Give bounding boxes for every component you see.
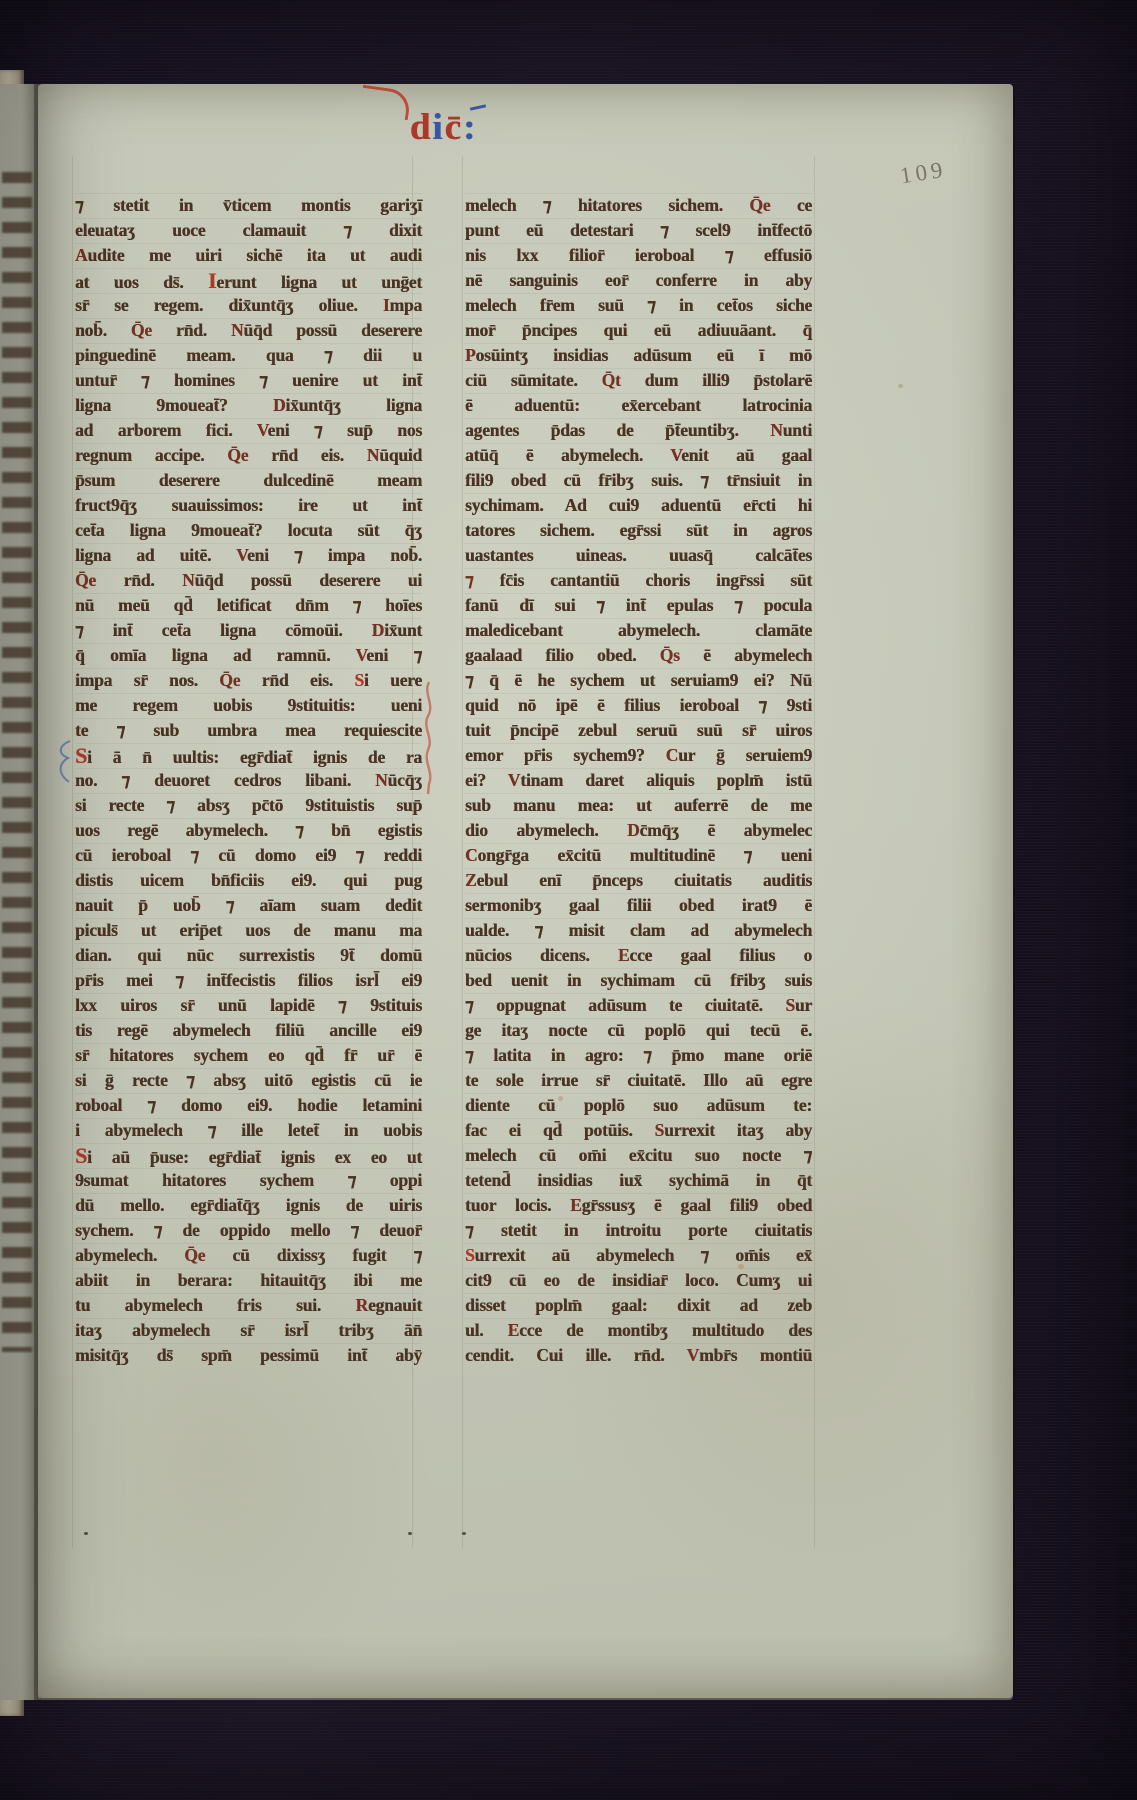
text-line: Zebul enī p̄nceps ciuitatis auditis	[465, 868, 812, 893]
text-segment: mbr̄s montiū	[699, 1345, 812, 1365]
text-line: me regem uobis 9stituitis: ueni	[75, 693, 422, 718]
manuscript-photo: dic̄: 109 ⁊ stetit in v̄ticem montis gar…	[0, 0, 1137, 1800]
text-line: nis lxx filior̄ ieroboal ⁊ effusiō	[465, 243, 812, 268]
text-segment: i abymelech ⁊ ille letet̄ in uobis	[75, 1120, 422, 1140]
text-segment: pinguedinē meam. qua ⁊ dii u	[75, 345, 422, 365]
text-line: pinguedinē meam. qua ⁊ dii u	[75, 343, 422, 368]
text-segment: diente cū poplō suo adūsum te:	[465, 1095, 812, 1115]
text-line: ei? Vtinam daret aliquis poplm̄ istū	[465, 768, 812, 793]
text-segment: gr̄ssusʒ ē gaal fili9 obed	[582, 1195, 812, 1215]
text-line: nob̄. Q̄e rn̄d. Nūq̄d possū deserere	[75, 318, 422, 343]
text-segment: cū dixissʒ fugit ⁊	[205, 1245, 422, 1265]
text-segment: si ḡ recte ⁊ absʒ uitō egistis cū ie	[75, 1070, 422, 1090]
text-segment: quid nō ipē ē filius ieroboal ⁊ 9sti	[465, 695, 812, 715]
text-segment: melech cū om̄i ex̄citu suo nocte ⁊	[465, 1145, 812, 1165]
text-segment: eni ⁊	[366, 645, 422, 665]
text-segment: E	[618, 945, 629, 965]
text-line: Q̄e rn̄d. Nūq̄d possū deserere ui	[75, 568, 422, 593]
text-line: tis regē abymelech filiū ancille ei9	[75, 1018, 422, 1043]
text-segment: agentes p̄das de p̄t̄euntibʒ.	[465, 420, 770, 440]
text-segment: eleuataʒ uoce clamauit ⁊ dixit	[75, 220, 422, 240]
text-segment: tuit p̄ncipē zebul seruū suū sr̄ uiros	[465, 720, 812, 740]
text-segment: maledicebant abymelech. clamāte	[465, 620, 812, 640]
text-line: nūcios dicens. Ecce gaal filius o	[465, 943, 812, 968]
text-segment: A	[75, 245, 87, 265]
ruling-line	[814, 156, 815, 1548]
text-segment: nū meū qd̄ letificat dn̄m ⁊ hoīes	[75, 595, 422, 615]
text-segment: ūquid	[379, 445, 422, 465]
text-line: fruct9q̄ʒ suauissimos: ire ut int̄	[75, 493, 422, 518]
text-line: atūq̄ ē abymelech. Venit aū gaal	[465, 443, 812, 468]
text-line: dū mello. egr̄diat̄q̄ʒ ignis de uiris	[75, 1193, 422, 1218]
text-line: uos regē abymelech. ⁊ bn̄ egistis	[75, 818, 422, 843]
text-line: sychimam. Ad cui9 aduentū er̄cti hi	[465, 493, 812, 518]
text-segment: at uos ds̄.	[75, 272, 208, 292]
running-title-letter: d	[410, 108, 432, 148]
text-line: ad arborem fici. Veni ⁊ sup̄ nos	[75, 418, 422, 443]
text-line: sr̄ hitatores sychem eo qd̄ fr̄ ur̄ ē	[75, 1043, 422, 1068]
text-segment: mor̄ p̄ncipes qui eū adiuuāant. q̄	[465, 320, 812, 340]
text-segment: Q̄e	[184, 1245, 205, 1265]
text-line: Si ā n̄ uultis: egr̄diat̄ ignis de ra	[75, 743, 422, 768]
text-segment: tu abymelech fris sui.	[75, 1295, 356, 1315]
text-line: ⁊ int̄ cet̄a ligna cōmoūi. Dix̄unt	[75, 618, 422, 643]
text-segment: ur	[795, 995, 812, 1015]
text-segment: lxx uiros sr̄ unū lapidē ⁊ 9stituis	[75, 995, 422, 1015]
text-segment: ⁊ oppugnat adūsum te ciuitatē.	[465, 995, 785, 1015]
text-segment: sychem. ⁊ de oppido mello ⁊ deuor̄	[75, 1220, 422, 1240]
text-line: bed uenit in sychimam cū fr̄ibʒ suis	[465, 968, 812, 993]
text-line: dian. qui nūc surrexistis 9t̄ domū	[75, 943, 422, 968]
text-segment: V	[687, 1345, 699, 1365]
text-line: cū ieroboal ⁊ cū domo ei9 ⁊ reddi	[75, 843, 422, 868]
text-segment: tatores sichem. egr̄ssi sūt in agros	[465, 520, 812, 540]
text-segment: emor pr̄is sychem9?	[465, 745, 666, 765]
text-segment: dū mello. egr̄diat̄q̄ʒ ignis de uiris	[75, 1195, 422, 1215]
text-line: uastantes uineas. uuasq̄ calcāt̄es	[465, 543, 812, 568]
text-segment: uastantes uineas. uuasq̄ calcāt̄es	[465, 545, 812, 565]
text-segment: melech ⁊ hitatores sichem.	[465, 195, 749, 215]
text-line: agentes p̄das de p̄t̄euntibʒ. Nunti	[465, 418, 812, 443]
text-segment: S	[785, 995, 795, 1015]
text-segment: Q̄e	[131, 320, 152, 340]
text-segment: egnauit	[368, 1295, 422, 1315]
text-segment: ur ḡ seruiem9	[678, 745, 812, 765]
stain	[898, 384, 903, 388]
text-line: 9sumat hitatores sychem ⁊ oppi	[75, 1168, 422, 1193]
text-line: at uos ds̄. Ierunt ligna ut unḡet	[75, 268, 422, 293]
text-segment: sr̄ hitatores sychem eo qd̄ fr̄ ur̄ ē	[75, 1045, 422, 1065]
text-segment: cit9 cū eo de insidiar̄ loco. Cumʒ ui	[465, 1270, 812, 1290]
text-line: maledicebant abymelech. clamāte	[465, 618, 812, 643]
text-line: misitq̄ʒ ds̄ spm̄ pessimū int̄ abȳ	[75, 1343, 422, 1368]
text-segment: unti	[783, 420, 812, 440]
parchment-leaf: dic̄: 109 ⁊ stetit in v̄ticem montis gar…	[38, 84, 1013, 1698]
text-segment: S	[75, 1143, 87, 1168]
ruling-line	[72, 156, 73, 1548]
text-line: disset poplm̄ gaal: dixit ad zeb	[465, 1293, 812, 1318]
text-line: untur̄ ⁊ homines ⁊ uenire ut int̄	[75, 368, 422, 393]
text-line: ⁊ stetit in v̄ticem montis gariʒī	[75, 193, 422, 218]
text-segment: abymelech.	[75, 1245, 184, 1265]
text-line: lxx uiros sr̄ unū lapidē ⁊ 9stituis	[75, 993, 422, 1018]
text-line: nū meū qd̄ letificat dn̄m ⁊ hoīes	[75, 593, 422, 618]
text-line: impa sr̄ nos. Q̄e rn̄d eis. Si uere	[75, 668, 422, 693]
running-title-letter: :	[463, 108, 476, 148]
text-line: nauit p̄ uob̄ ⁊ aīam suam dedit	[75, 893, 422, 918]
text-line: mor̄ p̄ncipes qui eū adiuuāant. q̄	[465, 318, 812, 343]
text-segment: ciū sūmitate.	[465, 370, 602, 390]
text-segment: Q̄t	[602, 370, 621, 390]
text-line: tu abymelech fris sui. Regnauit	[75, 1293, 422, 1318]
text-segment: ge itaʒ nocte cū poplō qui tecū ē.	[465, 1020, 812, 1040]
text-segment: itaʒ abymelech sr̄ isrl̄ tribʒ ān̄	[75, 1320, 422, 1340]
text-segment: ē aduentū: ex̄ercebant latrocinia	[465, 395, 812, 415]
text-segment: mpa	[390, 295, 422, 315]
text-line: ⁊ oppugnat adūsum te ciuitatē. Sur	[465, 993, 812, 1018]
text-segment: Q̄e	[75, 570, 96, 590]
text-segment: nauit p̄ uob̄ ⁊ aīam suam dedit	[75, 895, 422, 915]
text-line: fac ei qd̄ potūis. Surrexit itaʒ aby	[465, 1118, 812, 1143]
text-line: te ⁊ sub umbra mea requiescite	[75, 718, 422, 743]
text-segment: Q̄e	[749, 195, 770, 215]
text-line: distis uicem bn̄ficiis ei9. qui pug	[75, 868, 422, 893]
text-segment: roboal ⁊ domo ei9. hodie letamini	[75, 1095, 422, 1115]
text-segment: untur̄ ⁊ homines ⁊ uenire ut int̄	[75, 370, 422, 390]
facing-page-text-edge	[2, 172, 32, 1352]
text-segment: ligna ad uitē.	[75, 545, 236, 565]
text-line: punt eū detestari ⁊ scel9 int̄fectō	[465, 218, 812, 243]
text-segment: rn̄d eis.	[248, 445, 366, 465]
text-segment: tinam daret aliquis poplm̄ istū	[520, 770, 812, 790]
ink-dot	[84, 1532, 88, 1535]
text-segment: Q̄e	[227, 445, 248, 465]
text-segment: nē sanguinis eor̄ conferre in aby	[465, 270, 812, 290]
text-line: tuor locis. Egr̄ssusʒ ē gaal fili9 obed	[465, 1193, 812, 1218]
text-line: abiit in berara: hitauitq̄ʒ ibi me	[75, 1268, 422, 1293]
ink-dot	[408, 1532, 412, 1535]
text-segment: q̄ omīa ligna ad ramnū.	[75, 645, 355, 665]
text-segment: ebul enī p̄nceps ciuitatis auditis	[476, 870, 812, 890]
text-line: abymelech. Q̄e cū dixissʒ fugit ⁊	[75, 1243, 422, 1268]
text-segment: S	[354, 670, 364, 690]
text-segment: tuor locis.	[465, 1195, 570, 1215]
text-segment: sub manu mea: ut auferrē de me	[465, 795, 812, 815]
text-segment: distis uicem bn̄ficiis ei9. qui pug	[75, 870, 422, 890]
text-segment: uos regē abymelech. ⁊ bn̄ egistis	[75, 820, 422, 840]
folio-number: 109	[898, 157, 948, 190]
text-line: eleuataʒ uoce clamauit ⁊ dixit	[75, 218, 422, 243]
text-segment: R	[356, 1295, 368, 1315]
text-segment: N	[231, 320, 243, 340]
text-segment: rn̄d eis.	[240, 670, 354, 690]
text-line: sermonibʒ gaal filii obed irat9 ē	[465, 893, 812, 918]
text-segment: fili9 obed cū fr̄ibʒ suis. ⁊ tr̄nsiuit i…	[465, 470, 812, 490]
text-segment: ūcq̄ʒ	[388, 770, 422, 790]
text-segment: N	[375, 770, 387, 790]
text-line: cet̄a ligna 9moueat̄? locuta sūt q̄ʒ	[75, 518, 422, 543]
text-line: cendit. Cui ille. rn̄d. Vmbr̄s montiū	[465, 1343, 812, 1368]
text-segment: Z	[465, 870, 476, 890]
text-segment: bed uenit in sychimam cū fr̄ibʒ suis	[465, 970, 812, 990]
text-line: diente cū poplō suo adūsum te:	[465, 1093, 812, 1118]
text-line: itaʒ abymelech sr̄ isrl̄ tribʒ ān̄	[75, 1318, 422, 1343]
stain	[558, 1096, 563, 1101]
text-segment: ualde. ⁊ misit clam ad abymelech	[465, 920, 812, 940]
text-segment: ad arborem fici.	[75, 420, 257, 440]
text-segment: enit aū gaal	[681, 445, 812, 465]
stain	[738, 1264, 744, 1269]
text-segment: ⁊ int̄ cet̄a ligna cōmoūi.	[75, 620, 372, 640]
text-line: ge itaʒ nocte cū poplō qui tecū ē.	[465, 1018, 812, 1043]
text-segment: ei?	[465, 770, 508, 790]
text-segment: punt eū detestari ⁊ scel9 int̄fectō	[465, 220, 812, 240]
running-title-letter: i	[432, 108, 443, 148]
text-segment: i aū p̄use: egr̄diat̄ ignis ex eo ut	[87, 1147, 422, 1167]
text-line: fanū dī sui ⁊ int̄ epulas ⁊ pocula	[465, 593, 812, 618]
text-segment: eni ⁊ sup̄ nos	[268, 420, 422, 440]
text-segment: ūq̄d possū deserere	[243, 320, 422, 340]
ink-dot	[462, 1532, 466, 1535]
text-segment: regnum accipe.	[75, 445, 227, 465]
text-segment: ongr̄ga ex̄citū multitudinē ⁊ ueni	[477, 845, 812, 865]
text-line: ligna 9moueat̄? Dix̄untq̄ʒ ligna	[75, 393, 422, 418]
text-segment: D	[627, 820, 639, 840]
text-segment: dum illi9 p̄stolarē	[621, 370, 812, 390]
text-segment: fruct9q̄ʒ suauissimos: ire ut int̄	[75, 495, 422, 515]
text-segment: 9sumat hitatores sychem ⁊ oppi	[75, 1170, 422, 1190]
text-segment: ce	[770, 195, 812, 215]
text-segment: I	[383, 295, 390, 315]
text-line: ligna ad uitē. Veni ⁊ impa nob̄.	[75, 543, 422, 568]
text-line: piculs̄ ut erip̄et uos de manu ma	[75, 918, 422, 943]
text-segment: Q̄e	[219, 670, 240, 690]
text-line: dio abymelech. Dc̄mq̄ʒ ē abymelec	[465, 818, 812, 843]
text-column-left: ⁊ stetit in v̄ticem montis gariʒīeleuata…	[75, 193, 422, 1368]
text-line: Audite me uiri sichē ita ut audi	[75, 243, 422, 268]
text-line: cit9 cū eo de insidiar̄ loco. Cumʒ ui	[465, 1268, 812, 1293]
text-segment: nob̄.	[75, 320, 131, 340]
text-segment: Q̄s	[660, 645, 680, 665]
text-line: Posūintʒ insidias adūsum eū ī mō	[465, 343, 812, 368]
text-segment: cū ieroboal ⁊ cū domo ei9 ⁊ reddi	[75, 845, 422, 865]
text-segment: si recte ⁊ absʒ pc̄tō 9stituistis sup̄	[75, 795, 422, 815]
text-segment: dio abymelech.	[465, 820, 627, 840]
text-line: ⁊ stetit in introitu porte ciuitatis	[465, 1218, 812, 1243]
red-margin-squiggle	[421, 680, 437, 796]
text-line: gaalaad filio obed. Q̄s ē abymelech	[465, 643, 812, 668]
text-segment: c̄mq̄ʒ ē abymelec	[640, 820, 812, 840]
text-line: tetend̄ insidias iux̄ sychimā in q̄t	[465, 1168, 812, 1193]
text-line: melech ⁊ hitatores sichem. Q̄e ce	[465, 193, 812, 218]
text-segment: ⁊ stetit in v̄ticem montis gariʒī	[75, 195, 422, 215]
text-segment: fac ei qd̄ potūis.	[465, 1120, 655, 1140]
text-line: Surrexit aū abymelech ⁊ om̄is ex̄	[465, 1243, 812, 1268]
text-segment: i uere	[364, 670, 422, 690]
text-line: sr̄ se regem. dix̄untq̄ʒ oliue. Impa	[75, 293, 422, 318]
text-line: ē aduentū: ex̄ercebant latrocinia	[465, 393, 812, 418]
running-title-letter: c̄	[445, 108, 462, 148]
text-segment: p̄sum deserere dulcedinē meam	[75, 470, 422, 490]
text-segment: fc̄is cantantiū choris ingr̄ssi sūt	[474, 570, 813, 590]
text-segment: C	[666, 745, 678, 765]
text-segment: ⁊ stetit in introitu porte ciuitatis	[465, 1220, 812, 1240]
text-segment: ē abymelech	[680, 645, 812, 665]
text-line: regnum accipe. Q̄e rn̄d eis. Nūquid	[75, 443, 422, 468]
text-segment: rn̄d.	[152, 320, 231, 340]
text-line: ⁊ latita in agro: ⁊ p̄mo mane oriē	[465, 1043, 812, 1068]
text-segment: melech fr̄em suū ⁊ in cet̄os siche	[465, 295, 812, 315]
text-segment: urrexit aū abymelech ⁊ om̄is ex̄	[475, 1245, 812, 1265]
text-line: p̄sum deserere dulcedinē meam	[75, 468, 422, 493]
text-line: te sole irrue sr̄ ciuitatē. Illo aū egre	[465, 1068, 812, 1093]
text-segment: abiit in berara: hitauitq̄ʒ ibi me	[75, 1270, 422, 1290]
text-segment: ⁊ q̄ ē he sychem ut seruiam9 ei? Nū	[465, 670, 812, 690]
text-segment: tetend̄ insidias iux̄ sychimā in q̄t	[465, 1170, 812, 1190]
text-segment: ix̄untq̄ʒ ligna	[285, 395, 422, 415]
text-segment: ligna 9moueat̄?	[75, 395, 273, 415]
text-segment: V	[236, 545, 247, 565]
text-segment: V	[508, 770, 520, 790]
text-line: ⁊ q̄ ē he sychem ut seruiam9 ei? Nū	[465, 668, 812, 693]
text-line: roboal ⁊ domo ei9. hodie letamini	[75, 1093, 422, 1118]
text-line: tuit p̄ncipē zebul seruū suū sr̄ uiros	[465, 718, 812, 743]
text-segment: sr̄ se regem. dix̄untq̄ʒ oliue.	[75, 295, 383, 315]
text-column-right: melech ⁊ hitatores sichem. Q̄e cepunt eū…	[465, 193, 812, 1368]
text-segment: nis lxx filior̄ ieroboal ⁊ effusiō	[465, 245, 812, 265]
text-segment: D	[273, 395, 285, 415]
text-segment: ⁊	[465, 570, 474, 590]
blue-penwork-flourish	[54, 738, 74, 786]
text-segment: no. ⁊ deuoret cedros libani.	[75, 770, 375, 790]
text-segment: eni ⁊ impa nob̄.	[247, 545, 422, 565]
text-segment: i ā n̄ uultis: egr̄diat̄ ignis de ra	[87, 747, 422, 767]
text-line: no. ⁊ deuoret cedros libani. Nūcq̄ʒ	[75, 768, 422, 793]
text-segment: me regem uobis 9stituitis: ueni	[75, 695, 422, 715]
text-line: ul. Ecce de montibʒ multitudo des	[465, 1318, 812, 1343]
text-segment: sermonibʒ gaal filii obed irat9 ē	[465, 895, 812, 915]
text-segment: te ⁊ sub umbra mea requiescite	[75, 720, 422, 740]
text-line: Congr̄ga ex̄citū multitudinē ⁊ ueni	[465, 843, 812, 868]
text-line: emor pr̄is sychem9? Cur ḡ seruiem9	[465, 743, 812, 768]
text-segment: gaalaad filio obed.	[465, 645, 660, 665]
text-line: si ḡ recte ⁊ absʒ uitō egistis cū ie	[75, 1068, 422, 1093]
text-segment: piculs̄ ut erip̄et uos de manu ma	[75, 920, 422, 940]
text-segment: N	[182, 570, 194, 590]
text-segment: N	[367, 445, 379, 465]
text-line: nē sanguinis eor̄ conferre in aby	[465, 268, 812, 293]
ruling-line	[462, 156, 463, 1548]
text-segment: urrexit itaʒ aby	[664, 1120, 812, 1140]
text-segment: cet̄a ligna 9moueat̄? locuta sūt q̄ʒ	[75, 520, 422, 540]
text-segment: fanū dī sui ⁊ int̄ epulas ⁊ pocula	[465, 595, 812, 615]
text-segment: N	[770, 420, 782, 440]
text-line: pr̄is mei ⁊ int̄fecistis filios isrl̄ ei…	[75, 968, 422, 993]
text-line: i abymelech ⁊ ille letet̄ in uobis	[75, 1118, 422, 1143]
text-line: ciū sūmitate. Q̄t dum illi9 p̄stolarē	[465, 368, 812, 393]
text-segment: cce de montibʒ multitudo des	[519, 1320, 812, 1340]
text-segment: V	[355, 645, 366, 665]
text-segment: impa sr̄ nos.	[75, 670, 219, 690]
text-segment: E	[570, 1195, 581, 1215]
text-segment: S	[465, 1245, 475, 1265]
text-segment: S	[75, 743, 87, 768]
text-segment: P	[465, 345, 476, 365]
text-segment: nūcios dicens.	[465, 945, 618, 965]
text-segment: ūq̄d possū deserere ui	[195, 570, 422, 590]
text-line: ualde. ⁊ misit clam ad abymelech	[465, 918, 812, 943]
text-segment: V	[257, 420, 268, 440]
text-segment: ⁊ latita in agro: ⁊ p̄mo mane oriē	[465, 1045, 812, 1065]
text-segment: D	[372, 620, 384, 640]
text-line: tatores sichem. egr̄ssi sūt in agros	[465, 518, 812, 543]
text-segment: te sole irrue sr̄ ciuitatē. Illo aū egre	[465, 1070, 812, 1090]
text-line: ⁊ fc̄is cantantiū choris ingr̄ssi sūt	[465, 568, 812, 593]
text-line: q̄ omīa ligna ad ramnū. Veni ⁊	[75, 643, 422, 668]
text-segment: misitq̄ʒ ds̄ spm̄ pessimū int̄ abȳ	[75, 1345, 422, 1365]
text-line: si recte ⁊ absʒ pc̄tō 9stituistis sup̄	[75, 793, 422, 818]
text-segment: atūq̄ ē abymelech.	[465, 445, 670, 465]
text-segment: cce gaal filius o	[629, 945, 812, 965]
text-segment: tis regē abymelech filiū ancille ei9	[75, 1020, 422, 1040]
text-segment: osūintʒ insidias adūsum eū ī mō	[476, 345, 813, 365]
text-line: sub manu mea: ut auferrē de me	[465, 793, 812, 818]
text-line: melech fr̄em suū ⁊ in cet̄os siche	[465, 293, 812, 318]
text-line: fili9 obed cū fr̄ibʒ suis. ⁊ tr̄nsiuit i…	[465, 468, 812, 493]
text-segment: pr̄is mei ⁊ int̄fecistis filios isrl̄ ei…	[75, 970, 422, 990]
text-segment: E	[508, 1320, 519, 1340]
text-segment: V	[670, 445, 681, 465]
text-line: quid nō ipē ē filius ieroboal ⁊ 9sti	[465, 693, 812, 718]
text-segment: udite me uiri sichē ita ut audi	[87, 245, 422, 265]
text-segment: C	[465, 845, 477, 865]
text-line: Si aū p̄use: egr̄diat̄ ignis ex eo ut	[75, 1143, 422, 1168]
text-segment: ix̄unt	[384, 620, 422, 640]
text-segment: dian. qui nūc surrexistis 9t̄ domū	[75, 945, 422, 965]
text-segment: ul.	[465, 1320, 508, 1340]
text-segment: S	[655, 1120, 665, 1140]
text-segment: cendit. Cui ille. rn̄d.	[465, 1345, 687, 1365]
text-line: sychem. ⁊ de oppido mello ⁊ deuor̄	[75, 1218, 422, 1243]
text-segment: rn̄d.	[96, 570, 182, 590]
text-line: melech cū om̄i ex̄citu suo nocte ⁊	[465, 1143, 812, 1168]
text-segment: sychimam. Ad cui9 aduentū er̄cti hi	[465, 495, 812, 515]
text-segment: disset poplm̄ gaal: dixit ad zeb	[465, 1295, 812, 1315]
text-segment: erunt ligna ut unḡet	[216, 272, 422, 292]
